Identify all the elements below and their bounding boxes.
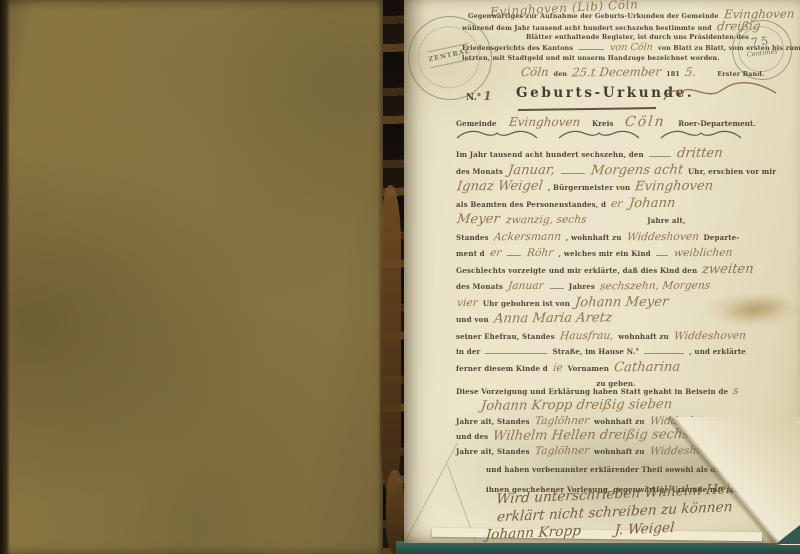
book-cover-edge (0, 0, 10, 554)
document-line: Meyerzwanzig, sechsJahre alt, (454, 212, 778, 229)
printed-text: Friedensgerichts des Kantons (462, 44, 573, 52)
blank-rule (649, 150, 671, 157)
document-line: letzten, mit Stadtgeld und mit unserm Ha… (460, 54, 772, 64)
handwritten-text: sechszehn, Morgens (599, 278, 711, 294)
handwritten-text: vier (456, 294, 479, 310)
folded-corner (652, 417, 800, 545)
document-line: des MonatsJanuarJahressechszehn, Morgens (454, 278, 778, 295)
printed-text: von Blatt zu Blatt, vom ersten bis zum (658, 44, 800, 52)
handwritten-text: von Cöln (609, 43, 653, 53)
brace-flourish (556, 128, 642, 140)
printed-text: des Monats (456, 282, 503, 291)
signature-flourish (658, 78, 780, 106)
document-line: des MonatsJanuar,Morgens achtUhr, erschi… (454, 163, 778, 180)
printed-text: Diese Vorzeigung und Erklärung haben Sta… (456, 387, 728, 396)
document-line: StandesAckersmann, wohnhaft zuWiddeshove… (454, 229, 778, 246)
handwritten-text: Anna Maria Aretz (493, 310, 613, 327)
document-line: Ignaz Weigel, Bürgermeister vonEvinghove… (454, 179, 778, 196)
handwritten-text: Evinghoven (634, 179, 714, 195)
document-line: Johann Kropp dreißig sieben (454, 399, 778, 414)
book-cover (0, 0, 392, 554)
printed-text: des Monats (456, 167, 503, 176)
record-number-label: N.° (466, 93, 481, 103)
printed-text: Roer-Departement. (678, 119, 756, 128)
handwritten-text: ie (552, 359, 563, 375)
spine-leather-remnant (380, 185, 401, 495)
printed-text: Im Jahr tausend acht hundert sechszehn, … (456, 150, 644, 159)
printed-text: wohnhaft zu (594, 417, 645, 426)
printed-text: Jahre alt, Standes (456, 417, 530, 426)
printed-text: , Bürgermeister von (548, 183, 631, 192)
document-line: seiner Ehefrau, StandesHausfrau,wohnhaft… (454, 328, 778, 345)
handwritten-text: Evinghoven (508, 115, 581, 129)
printed-text: wohnhaft zu (618, 332, 669, 341)
handwritten-text: Röhr (526, 245, 554, 261)
handwritten-text: dritten (676, 146, 723, 162)
printed-text: Kreis (592, 119, 613, 128)
printed-text: den (554, 70, 568, 78)
handwritten-text: Januar, (507, 162, 556, 178)
handwritten-text: zwanzig, sechs (505, 212, 587, 228)
printed-text: als Beamten des Personenstandes, d (456, 200, 606, 209)
printed-text: seiner Ehefrau, Standes (456, 332, 555, 341)
printed-text: Uhr gebohren ist von (483, 299, 570, 308)
blank-rule (578, 44, 604, 50)
document-line: als Beamten des Personenstandes, derJoha… (454, 196, 778, 213)
handwritten-text: Widdeshoven (673, 327, 747, 343)
printed-text: und von (456, 315, 489, 324)
document-line: während dem Jahr tausend acht hundert se… (460, 22, 772, 34)
printed-text: Jahres (569, 282, 595, 291)
printed-text: Jahre alt, Standes (456, 447, 530, 456)
book-photo: ZENTRAL 75 Centimes Evinghoven (Lib) Cöl… (0, 0, 800, 554)
handwritten-text: Taglöhner (534, 414, 590, 428)
printed-text: Standes (456, 233, 489, 242)
handwritten-text: Johann (628, 195, 676, 211)
handwritten-text: Taglöhner (534, 444, 590, 458)
printed-text: , und erklärte (689, 347, 746, 356)
document-line: in derStraße, im Hause N.°, und erklärte (454, 344, 778, 360)
handwritten-text: Catharina (613, 359, 681, 375)
record-number-value: 1 (483, 89, 491, 103)
document-line: Im Jahr tausend acht hundert sechszehn, … (454, 146, 778, 163)
printed-text: Erster Band. (717, 70, 764, 78)
blank-rule (656, 249, 668, 256)
printed-text: , welches mir ein Kind (559, 249, 651, 258)
handwritten-text: Ackersmann (493, 228, 562, 244)
document-page: ZENTRAL 75 Centimes Evinghoven (Lib) Cöl… (404, 0, 800, 543)
printed-text: Blätter enthaltende Register, ist durch … (526, 33, 749, 41)
handwritten-text: s (732, 384, 739, 398)
handwritten-text: zweiten (701, 261, 754, 277)
handwritten-text: 5. (684, 67, 696, 77)
printed-text: während dem Jahr tausend acht hundert se… (462, 24, 712, 32)
printed-text: Jahre alt, (647, 216, 685, 225)
document-line: Friedensgerichts des Kantonsvon Cölnvon … (460, 43, 772, 54)
register-intro-block: Gegenwärtiges zur Aufnahme der Geburts-U… (460, 10, 772, 79)
printed-text: ment d (456, 249, 485, 258)
handwritten-text: weiblichen (673, 245, 733, 261)
title-row: N.°1 Geburts-Urkunde. (454, 84, 778, 106)
printed-text: in der (456, 347, 480, 356)
handwritten-text: Cöln (520, 67, 549, 77)
printed-text: Departe- (704, 233, 740, 242)
record-number: N.°1 (466, 89, 492, 103)
handwritten-text: er (610, 195, 623, 211)
brace-flourish (658, 128, 744, 140)
flourish-row (454, 128, 764, 140)
handwritten-text: Morgens acht (590, 162, 684, 178)
brace-flourish (454, 128, 540, 140)
printed-text: letzten, mit Stadtgeld und mit unserm Ha… (462, 54, 720, 62)
printed-text: Uhr, erschien vor mir (688, 167, 776, 176)
printed-text: wohnhaft zu (594, 447, 645, 456)
handwritten-text: dreißig (716, 22, 760, 32)
handwritten-text: Januar (507, 278, 545, 294)
birth-record-body: Im Jahr tausend acht hundert sechszehn, … (454, 146, 778, 392)
handwritten-text: Johann Kropp (485, 523, 582, 544)
handwritten-text: Johann Meyer (574, 294, 669, 310)
document-line: ferner diesem Kinde dieVornamenCatharina (454, 360, 778, 377)
document-line: vierUhr gebohren ist vonJohann Meyer (454, 295, 778, 312)
printed-text: 181 (666, 70, 680, 78)
document-line: ment derRöhr, welches mir ein Kindweibli… (454, 245, 778, 262)
printed-text: Gegenwärtiges zur Aufnahme der Geburts-U… (468, 12, 719, 20)
printed-text: , wohnhaft zu (566, 233, 622, 242)
handwritten-text: Johann Kropp dreißig sieben (480, 398, 673, 414)
blank-rule (561, 167, 585, 174)
printed-text: Geschlechts vorzeigte und mir erklärte, … (456, 266, 697, 275)
blank-rule (485, 347, 547, 354)
handwritten-text: Hausfrau, (559, 327, 614, 343)
handwritten-text: Widdeshoven (626, 228, 700, 244)
blank-rule (507, 249, 521, 256)
handwritten-text: Meyer (456, 212, 500, 228)
handwritten-text: er (489, 245, 502, 261)
document-line: Geschlechts vorzeigte und mir erklärte, … (454, 262, 778, 279)
printed-text: Straße, im Hause N.° (552, 347, 639, 356)
printed-text: Gemeinde (456, 119, 496, 128)
printed-text: und des (456, 432, 488, 441)
printed-text: ferner diesem Kinde d (456, 364, 548, 373)
document-line: und vonAnna Maria Aretz (454, 311, 778, 328)
blank-rule (644, 347, 684, 354)
printed-text: Vornamen (568, 364, 609, 373)
handwritten-text: Ignaz Weigel (456, 179, 544, 195)
spacer (584, 534, 612, 535)
handwritten-text: 25.t December (572, 67, 662, 77)
blank-rule (550, 282, 564, 289)
